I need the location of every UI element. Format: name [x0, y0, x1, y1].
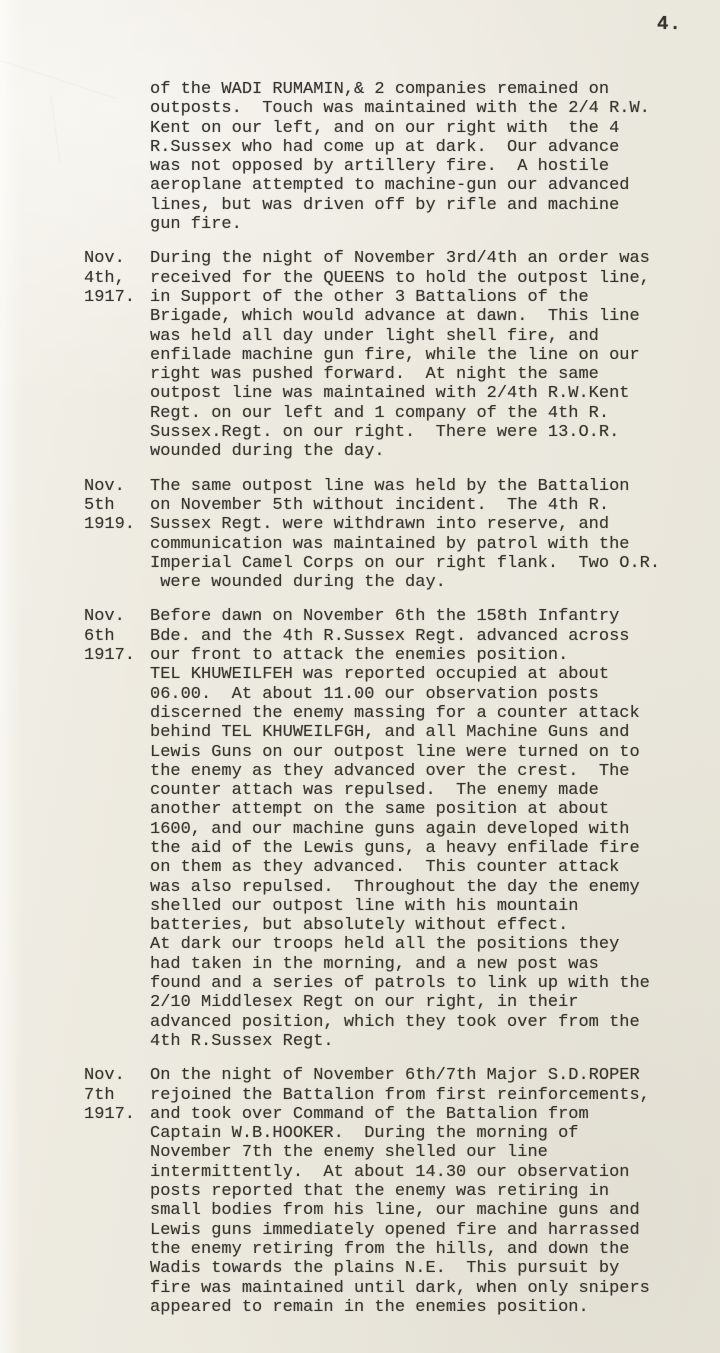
- entry-body: of the WADI RUMAMIN,& 2 companies remain…: [150, 80, 700, 234]
- entry-date: Nov. 4th, 1917.: [84, 249, 150, 307]
- entry-body: During the night of November 3rd/4th an …: [150, 249, 700, 461]
- entry-date: Nov. 7th 1917.: [84, 1066, 150, 1124]
- entry-date: Nov. 5th 1919.: [84, 477, 150, 535]
- diary-entries: of the WADI RUMAMIN,& 2 companies remain…: [84, 80, 700, 1332]
- diary-entry-nov-7: Nov. 7th 1917. On the night of November …: [84, 1066, 700, 1317]
- document-page: 4. of the WADI RUMAMIN,& 2 companies rem…: [0, 0, 720, 1353]
- paper-crease: [50, 95, 61, 164]
- diary-entry-nov-5: Nov. 5th 1919. The same outpost line was…: [84, 477, 700, 593]
- diary-entry-nov-6: Nov. 6th 1917. Before dawn on November 6…: [84, 607, 700, 1051]
- page-number: 4.: [657, 13, 682, 35]
- entry-body: On the night of November 6th/7th Major S…: [150, 1066, 700, 1317]
- entry-date: Nov. 6th 1917.: [84, 607, 150, 665]
- entry-body: The same outpost line was held by the Ba…: [150, 477, 700, 593]
- diary-entry-nov-4: Nov. 4th, 1917. During the night of Nove…: [84, 249, 700, 461]
- entry-body: Before dawn on November 6th the 158th In…: [150, 607, 700, 1051]
- diary-entry-continuation: of the WADI RUMAMIN,& 2 companies remain…: [84, 80, 700, 234]
